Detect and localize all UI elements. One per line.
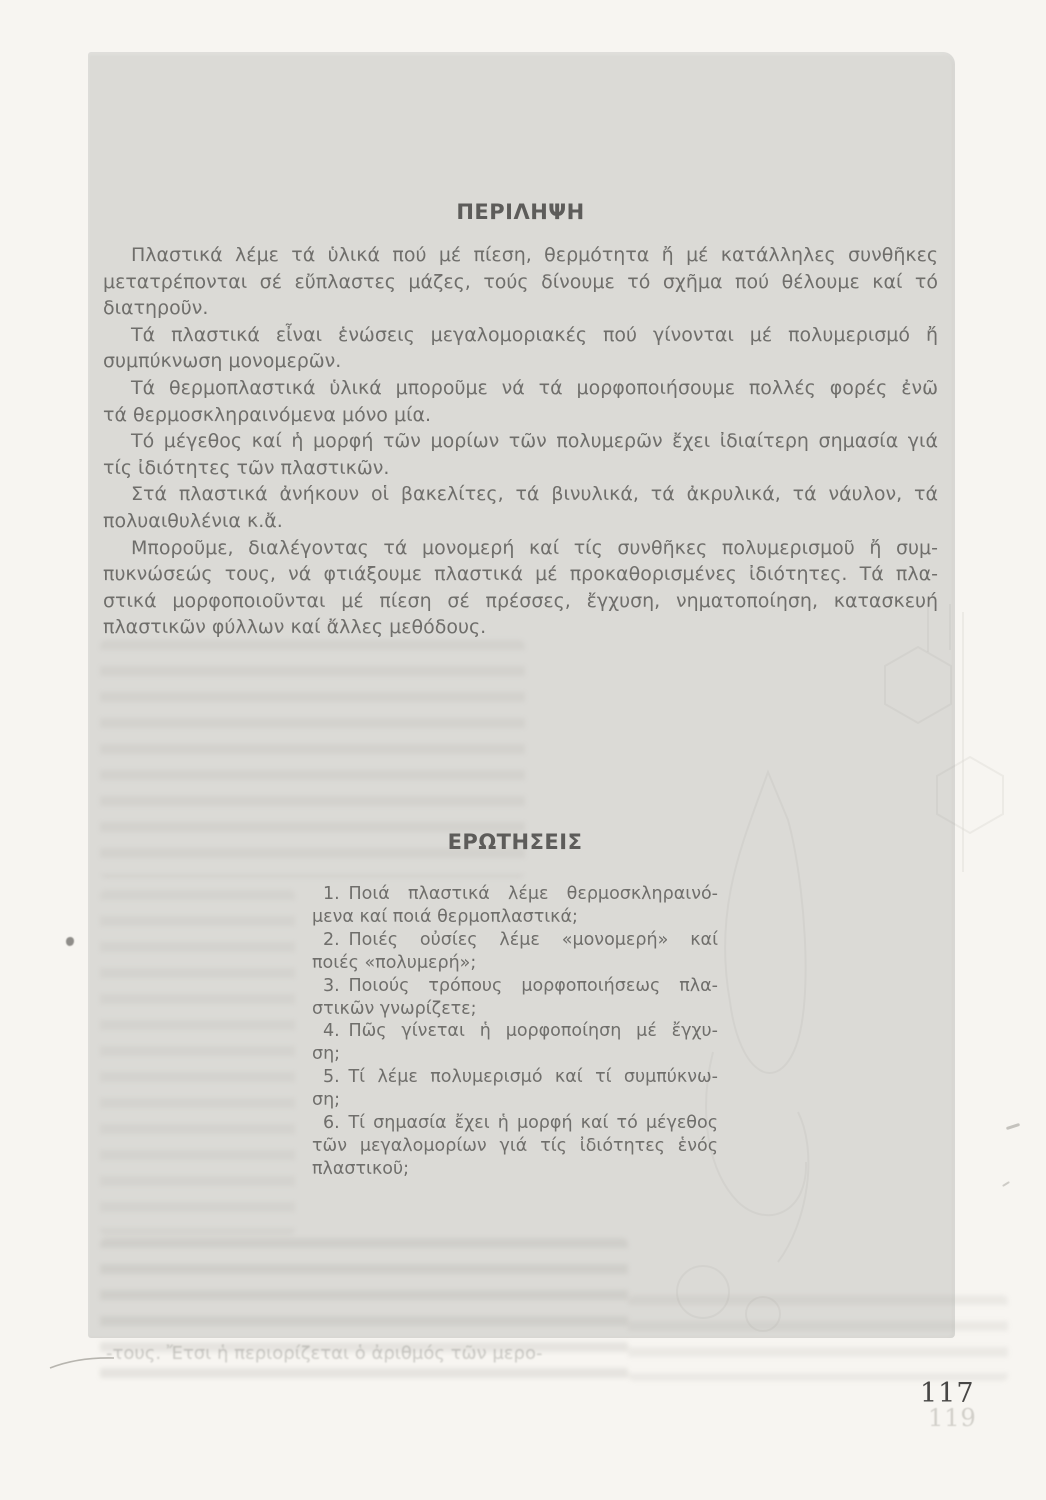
text-line: Τά θερμοπλαστικά ὑλικά μποροῦμε νά τά μο… xyxy=(103,375,938,402)
text-line: πολυαιθυλένια κ.ἄ. xyxy=(103,508,938,535)
bleed-through-text-block xyxy=(100,890,295,1235)
book-page: ΠΕΡΙΛΗΨΗ Πλαστικά λέμε τά ὑλικά πού μέ π… xyxy=(88,52,955,1338)
summary-heading: ΠΕΡΙΛΗΨΗ xyxy=(103,200,938,224)
text-line: ση; xyxy=(312,1089,718,1112)
ink-dot xyxy=(66,937,74,946)
questions-list: 1. Ποιά πλαστικά λέμε θερμοσκληραινό-μεν… xyxy=(312,883,718,1181)
questions-heading: ΕΡΩΤΗΣΕΙΣ xyxy=(312,830,718,854)
text-line: μενα καί ποιά θερμοπλαστικά; xyxy=(312,906,718,929)
text-line: πυκνώσεώς τους, νά φτιάξουμε πλαστικά μέ… xyxy=(103,561,938,588)
text-line: 6. Τί σημασία ἔχει ἡ μορφή καί τό μέγεθο… xyxy=(312,1112,718,1135)
text-line: τῶν μεγαλομορίων γιά τίς ἰδιότητες ἑνός xyxy=(312,1135,718,1158)
summary-paragraph: Τά θερμοπλαστικά ὑλικά μποροῦμε νά τά μο… xyxy=(103,375,938,428)
text-line: Μποροῦμε, διαλέγοντας τά μονομερή καί τί… xyxy=(103,535,938,562)
text-line: πλαστικῶν φύλλων καί ἄλλες μεθόδους. xyxy=(103,614,938,641)
question-item: 5. Τί λέμε πολυμερισμό καί τί συμπύκνω-σ… xyxy=(312,1066,718,1112)
summary-text: Πλαστικά λέμε τά ὑλικά πού μέ πίεση, θερ… xyxy=(103,242,938,641)
summary-paragraph: Τό μέγεθος καί ἡ μορφή τῶν μορίων τῶν πο… xyxy=(103,428,938,481)
text-line: 4. Πῶς γίνεται ἡ μορφοποίηση μέ ἔγχυ- xyxy=(312,1020,718,1043)
bleed-through-text-line: -τους. Ἔτσι ἡ περιορίζεται ὁ ἀριθμός τῶν… xyxy=(106,1343,666,1364)
text-line: 3. Ποιούς τρόπους μορφοποιήσεως πλα- xyxy=(312,975,718,998)
text-line: ση; xyxy=(312,1043,718,1066)
question-item: 4. Πῶς γίνεται ἡ μορφοποίηση μέ ἔγχυ-ση; xyxy=(312,1020,718,1066)
text-line: τίς ἰδιότητες τῶν πλαστικῶν. xyxy=(103,455,938,482)
summary-paragraph: Τά πλαστικά εἶναι ἑνώσεις μεγαλομοριακές… xyxy=(103,322,938,375)
text-line: στικά μορφοποιοῦνται μέ πίεση σέ πρέσσες… xyxy=(103,588,938,615)
text-line: πλαστικοῦ; xyxy=(312,1158,718,1181)
summary-paragraph: Πλαστικά λέμε τά ὑλικά πού μέ πίεση, θερ… xyxy=(103,242,938,322)
text-line: Τά πλαστικά εἶναι ἑνώσεις μεγαλομοριακές… xyxy=(103,322,938,349)
text-line: συμπύκνωση μονομερῶν. xyxy=(103,348,938,375)
summary-paragraph: Στά πλαστικά ἀνήκουν οἱ βακελίτες, τά βι… xyxy=(103,481,938,534)
text-line: Πλαστικά λέμε τά ὑλικά πού μέ πίεση, θερ… xyxy=(103,242,938,269)
text-line: 1. Ποιά πλαστικά λέμε θερμοσκληραινό- xyxy=(312,883,718,906)
page-number-bleed: 119 xyxy=(928,1404,988,1432)
text-line: 5. Τί λέμε πολυμερισμό καί τί συμπύκνω- xyxy=(312,1066,718,1089)
text-line: Τό μέγεθος καί ἡ μορφή τῶν μορίων τῶν πο… xyxy=(103,428,938,455)
text-line: τά θερμοσκληραινόμενα μόνο μία. xyxy=(103,402,938,429)
question-item: 3. Ποιούς τρόπους μορφοποιήσεως πλα-στικ… xyxy=(312,975,718,1021)
text-line: μετατρέπονται σέ εὔπλαστες μάζες, τούς δ… xyxy=(103,269,938,296)
text-line: στικῶν γνωρίζετε; xyxy=(312,998,718,1021)
summary-paragraph: Μποροῦμε, διαλέγοντας τά μονομερή καί τί… xyxy=(103,535,938,641)
text-line: διατηροῦν. xyxy=(103,295,938,322)
question-item: 1. Ποιά πλαστικά λέμε θερμοσκληραινό-μεν… xyxy=(312,883,718,929)
question-item: 2. Ποιές οὐσίες λέμε «μονομερή» καίποιές… xyxy=(312,929,718,975)
text-line: ποιές «πολυμερή»; xyxy=(312,952,718,975)
pencil-stroke xyxy=(48,1348,118,1374)
question-item: 6. Τί σημασία ἔχει ἡ μορφή καί τό μέγεθο… xyxy=(312,1112,718,1181)
scan-background: { "colors": { "paper_white": "#f7f5f1", … xyxy=(0,0,1046,1500)
text-line: Στά πλαστικά ἀνήκουν οἱ βακελίτες, τά βι… xyxy=(103,481,938,508)
text-line: 2. Ποιές οὐσίες λέμε «μονομερή» καί xyxy=(312,929,718,952)
